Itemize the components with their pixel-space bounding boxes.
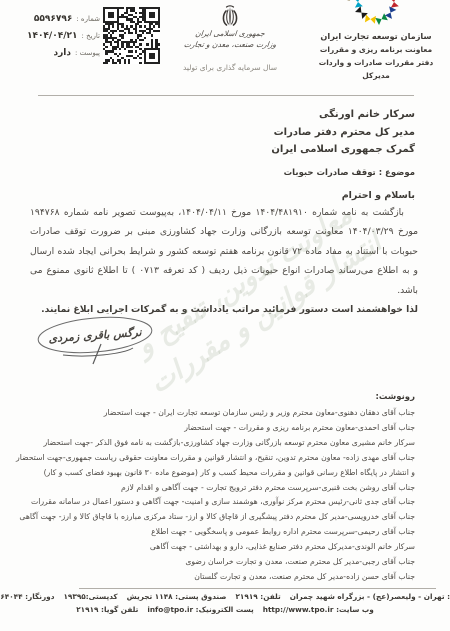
letter-number-value: ۵۵۹۶۷۹۶ bbox=[34, 14, 72, 24]
ministry-name: وزارت صنعت، معدن و تجارت bbox=[154, 39, 305, 50]
org-role: مدیرکل bbox=[312, 69, 440, 82]
footer-divider bbox=[79, 588, 436, 589]
cc-item: سرکار خانم الوندی-مدیرکل محترم دفتر صنای… bbox=[16, 540, 415, 555]
footer-address: آدرس: تهران - ولیعصر(عج) - بزرگراه شهید … bbox=[290, 592, 450, 601]
footer-website: وب سایت: http://www.tpo.ir bbox=[263, 605, 374, 614]
cc-item: جناب آقای روشن بخت قنبری-سرپرست محترم دف… bbox=[16, 481, 415, 496]
cc-title: رونوشت: bbox=[376, 392, 415, 402]
tpo-logo: Trade Promotion Organization of Iran bbox=[312, 0, 440, 30]
qr-code bbox=[103, 7, 160, 64]
org-deputy: معاونت برنامه ریزی و مقررات bbox=[312, 43, 440, 56]
body-paragraph: بازگشت به نامه شماره ۱۴۰۴/۴۸۱۹۱۰ مورخ ۱۴… bbox=[30, 203, 418, 300]
footer-email: پست الکترونیک: info@tpo.ir bbox=[147, 605, 253, 614]
signature-name: نرگس باقری زمردی bbox=[48, 325, 143, 346]
cc-item: سرکار خانم مشیری معاون محترم توسعه بازرگ… bbox=[16, 436, 415, 451]
signature: نرگس باقری زمردی bbox=[33, 310, 161, 372]
cc-list: جناب آقای دهقان دهنوی-معاون محترم وزیر و… bbox=[16, 406, 415, 585]
recipient-name: سرکار خانم اورنگی bbox=[271, 106, 415, 124]
letter-meta: شماره : ۵۵۹۶۷۹۶ تاریخ : ۱۴۰۴/۰۴/۲۱ پیوست… bbox=[4, 14, 100, 65]
org-header: Trade Promotion Organization of Iran ساز… bbox=[312, 0, 440, 82]
year-slogan: سال سرمایه گذاری برای تولید bbox=[155, 63, 305, 72]
cc-item: جناب آقای دهقان دهنوی-معاون محترم وزیر و… bbox=[16, 406, 415, 421]
org-name: سازمان توسعه تجارت ایران bbox=[312, 30, 440, 43]
salutation: باسلام و احترام bbox=[342, 190, 415, 201]
subject-line: موضوع : توقف صادرات حبوبات bbox=[284, 168, 415, 178]
logo-petal-icon bbox=[365, 14, 376, 23]
cc-item: جناب آقای رجبی-مدیر کل محترم صنعت، معدن … bbox=[16, 555, 415, 570]
footer-fax: دورنگار: ۲۲۶۶۴۰۴۴-۵ bbox=[0, 592, 54, 601]
letter-body: بازگشت به نامه شماره ۱۴۰۴/۴۸۱۹۱۰ مورخ ۱۴… bbox=[30, 203, 418, 319]
cc-item: جناب آقای مهدی زاده- معاون محترم تدوین، … bbox=[16, 451, 415, 481]
letter-attachment-value: دارد bbox=[53, 48, 71, 58]
footer-postal-code: کدپستی:۱۹۳۹۵ bbox=[63, 592, 117, 601]
cc-item: جناب آقای احمدی-معاون محترم برنامه ریزی … bbox=[16, 421, 415, 436]
footer-pobox: صندوق پستی: ۱۱۴۸ تجریش bbox=[127, 592, 227, 601]
footer-contact-row: آدرس: تهران - ولیعصر(عج) - بزرگراه شهید … bbox=[14, 592, 436, 601]
cc-item: جناب آقای حسن زاده-مدیر کل محترم صنعت، م… bbox=[16, 570, 415, 585]
recipient-title: مدیر کل محترم دفتر صادرات bbox=[271, 124, 415, 142]
iran-emblem-icon bbox=[219, 4, 241, 28]
letter-date-value: ۱۴۰۴/۰۴/۲۱ bbox=[27, 31, 78, 41]
letter-number-row: شماره : ۵۵۹۶۷۹۶ bbox=[4, 14, 100, 24]
footer: آدرس: تهران - ولیعصر(عج) - بزرگراه شهید … bbox=[14, 592, 436, 614]
recipient-block: سرکار خانم اورنگی مدیر کل محترم دفتر صاد… bbox=[271, 106, 415, 159]
cc-item: جناب آقای جدی ثانی-رئیس محترم مرکز نوآور… bbox=[16, 495, 415, 510]
letter-attachment-row: پیوست : دارد bbox=[4, 48, 100, 58]
letter-date-row: تاریخ : ۱۴۰۴/۰۴/۲۱ bbox=[4, 31, 100, 41]
logo-petal-icon bbox=[353, 0, 363, 8]
footer-web-row: وب سایت: http://www.tpo.ir پست الکترونیک… bbox=[14, 605, 436, 614]
recipient-org: گمرک جمهوری اسلامی ایران bbox=[271, 141, 415, 159]
footer-voice-phone: تلفن گویا: ۲۱۹۱۹ bbox=[76, 605, 138, 614]
center-header: جمهوری اسلامی ایران وزارت صنعت، معدن و ت… bbox=[155, 4, 305, 72]
country-name: جمهوری اسلامی ایران bbox=[154, 28, 305, 39]
letter-number-label: شماره : bbox=[76, 15, 100, 23]
footer-phone: تلفن: ۲۱۹۱۹ bbox=[235, 592, 280, 601]
header-divider bbox=[38, 95, 414, 96]
official-letter-page: شماره : ۵۵۹۶۷۹۶ تاریخ : ۱۴۰۴/۰۴/۲۱ پیوست… bbox=[0, 0, 450, 631]
letter-date-label: تاریخ : bbox=[81, 32, 100, 40]
cc-item: جناب آقای خدرویسی-مدیر کل محترم دفتر پیش… bbox=[16, 510, 415, 525]
letter-attachment-label: پیوست : bbox=[75, 49, 100, 57]
cc-item: جناب آقای رحیمی-سرپرست محترم اداره روابط… bbox=[16, 525, 415, 540]
org-office: دفتر مقررات صادرات و واردات bbox=[312, 56, 440, 69]
